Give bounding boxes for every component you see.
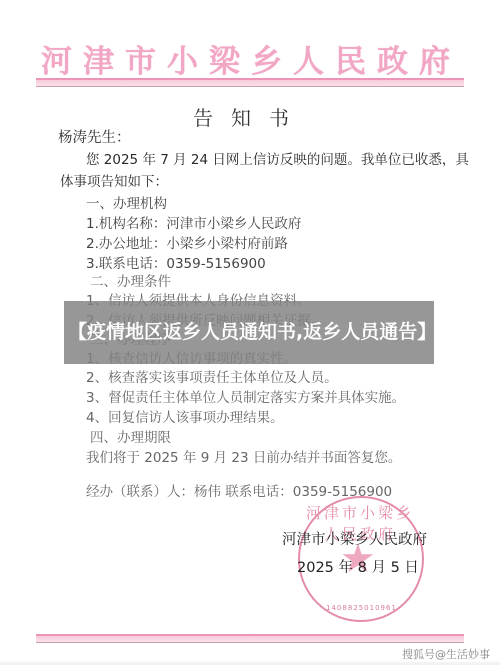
title-overlay-banner: 【疫情地区返乡人员通知书,返乡人员通告】 [64,301,434,364]
intro-line-1: 您 2025 年 7 月 24 日网上信访反映的问题。我单位已收悉，具 [86,148,469,168]
overlay-title: 【疫情地区返乡人员通知书,返乡人员通告】 [64,320,434,345]
footer-divider [36,634,464,643]
letterhead-divider [36,78,464,87]
salutation: 杨涛先生： [58,126,131,147]
seal-code: 1408825010961 [326,604,397,612]
section3-item: 3、督促责任主体单位人员制定落实方案并具体实施。 [86,386,405,406]
section1-item: 1.机构名称：河津市小梁乡人民政府 [86,212,301,232]
section1-heading: 一、办理机构 [86,192,167,212]
section1-item: 2.办公地址：小梁乡小梁村府前路 [86,232,288,252]
signature-org: 河津市小梁乡人民政府 [282,528,427,549]
section3-item: 4、回复信访人该事项办理结果。 [86,406,284,426]
section3-item: 2、核查落实该事项责任主体单位及人员。 [86,366,338,386]
section2-heading: 二、办理条件 [90,270,171,290]
source-watermark: 搜狐号@生活妙事 [402,646,490,662]
signature-date: 2025 年 8 月 5 日 [297,556,419,577]
org-letterhead: 河津市小梁乡人民政府 [36,36,466,81]
section4-heading: 四、办理期限 [90,426,171,446]
section1-item: 3.联系电话：0359-5156900 [86,252,266,272]
document-page: 河津市小梁乡人民政府 告知书 杨涛先生： 您 2025 年 7 月 24 日网上… [0,0,500,665]
intro-line-2: 体事项告知如下： [60,170,168,190]
section4-text: 我们将于 2025 年 9 月 23 日前办结并书面答复您。 [86,446,401,466]
